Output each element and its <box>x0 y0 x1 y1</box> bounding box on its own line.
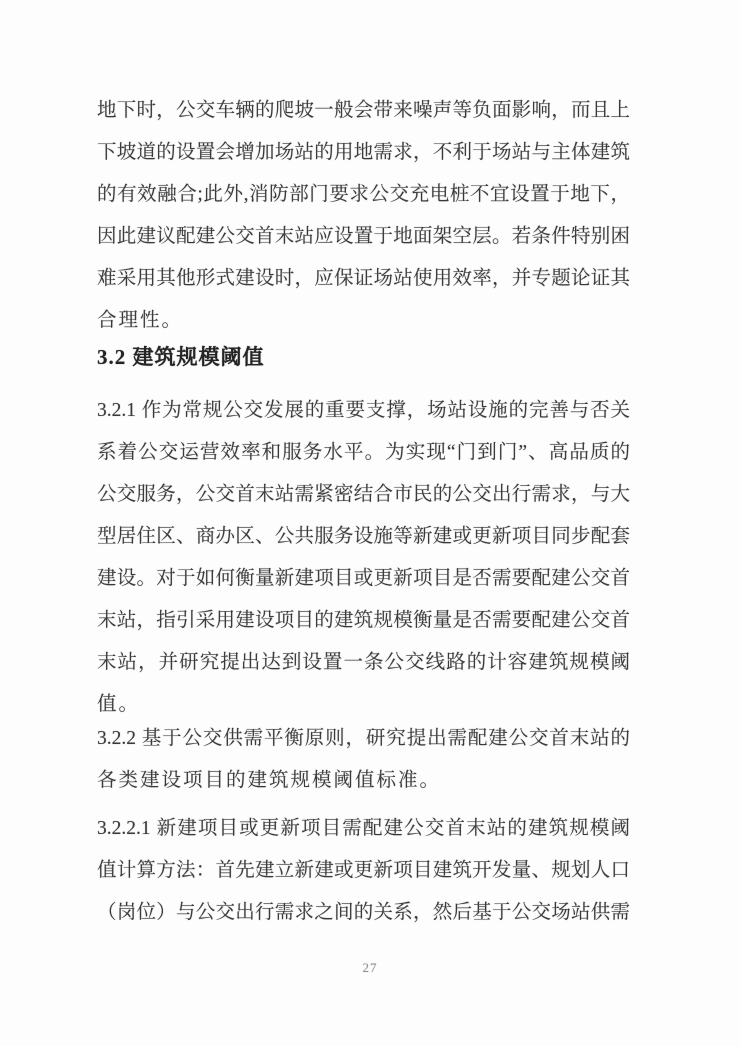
text-line: 建设。对于如何衡量新建项目或更新项目是否需要配建公交首 <box>97 558 630 600</box>
paragraph-3-2-1: 3.2.1 作为常规公交发展的重要支撑，场站设施的完善与否关系着公交运营效率和服… <box>97 390 630 726</box>
page-number: 27 <box>0 960 740 976</box>
paragraph-3-2-2-1: 3.2.2.1 新建项目或更新项目需配建公交首末站的建筑规模阈值计算方法：首先建… <box>97 808 630 934</box>
text-line: 系着公交运营效率和服务水平。为实现“门到门”、高品质的 <box>97 432 630 474</box>
text-line: 难采用其他形式建设时，应保证场站使用效率，并专题论证其 <box>97 258 630 300</box>
text-line: 公交服务，公交首末站需紧密结合市民的公交出行需求，与大 <box>97 474 630 516</box>
text-line: 下坡道的设置会增加场站的用地需求，不利于场站与主体建筑 <box>97 132 630 174</box>
text-line: 地下时，公交车辆的爬坡一般会带来噪声等负面影响，而且上 <box>97 90 630 132</box>
text-line: 型居住区、商办区、公共服务设施等新建或更新项目同步配套 <box>97 516 630 558</box>
text-line: 3.2.1 作为常规公交发展的重要支撑，场站设施的完善与否关 <box>97 390 630 432</box>
text-line: 值计算方法：首先建立新建或更新项目建筑开发量、规划人口 <box>97 850 630 892</box>
section-heading: 3.2 建筑规模阈值 <box>97 336 630 378</box>
paragraph-3-2-2: 3.2.2 基于公交供需平衡原则，研究提出需配建公交首末站的各类建设项目的建筑规… <box>97 718 630 802</box>
document-page: 地下时，公交车辆的爬坡一般会带来噪声等负面影响，而且上下坡道的设置会增加场站的用… <box>0 0 740 1046</box>
text-line: 各类建设项目的建筑规模阈值标准。 <box>97 760 630 802</box>
text-line: 因此建议配建公交首末站应设置于地面架空层。若条件特别困 <box>97 216 630 258</box>
text-line: 的有效融合;此外,消防部门要求公交充电桩不宜设置于地下， <box>97 174 630 216</box>
text-line: 末站，指引采用建设项目的建筑规模衡量是否需要配建公交首 <box>97 600 630 642</box>
text-line: （岗位）与公交出行需求之间的关系，然后基于公交场站供需 <box>97 892 630 934</box>
text-line: 末站，并研究提出达到设置一条公交线路的计容建筑规模阈 <box>97 642 630 684</box>
paragraph-underground-setting: 地下时，公交车辆的爬坡一般会带来噪声等负面影响，而且上下坡道的设置会增加场站的用… <box>97 90 630 342</box>
text-line: 3.2.2 基于公交供需平衡原则，研究提出需配建公交首末站的 <box>97 718 630 760</box>
text-line: 3.2.2.1 新建项目或更新项目需配建公交首末站的建筑规模阈 <box>97 808 630 850</box>
